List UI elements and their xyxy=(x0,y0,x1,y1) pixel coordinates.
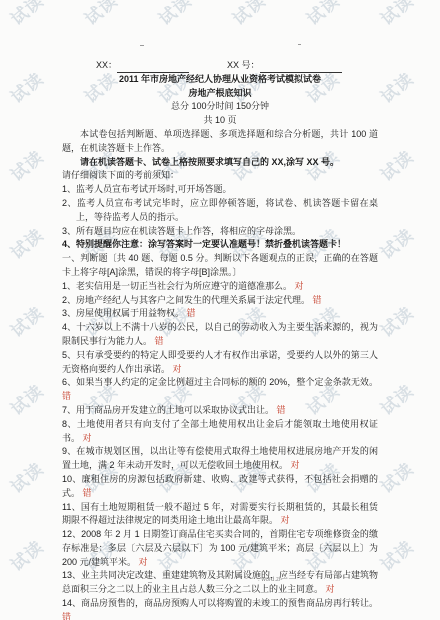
answer-label: 对 xyxy=(295,281,304,291)
question-item: 9、在城市规划区围，以出让等有偿使用式取得土地使用权进展房地产开发的闲置土地，满… xyxy=(62,445,378,473)
question-text: 8、土地使用者只有向支付了全部土地使用权出让金后才能领取土地使用权证书。 xyxy=(62,419,378,443)
subject-title: 房地产根底知识 xyxy=(62,87,378,101)
question-text: 5、只有承受要约的特定人即受要约人才有权作出承诺，受要约人以外的第三人无资格向要… xyxy=(62,350,378,374)
intro-paragraph: 本试卷包括判断题、单项选择题、多项选择题和综合分析题，共计 100 道题，在机读… xyxy=(62,128,378,156)
answer-label: 错 xyxy=(187,308,196,318)
question-text: 2、房地产经纪人与其客户之间发生的代理关系属于法定代理。 xyxy=(62,295,313,305)
notice-item: 1、监考人员宣布考试开场时,可开场答题。 xyxy=(62,183,378,197)
notice-item: 2、监考人员宣布考试完毕时，应立即停顿答题，将试卷、机读答题卡留在桌上，等待监考… xyxy=(62,197,378,225)
answer-label: 对 xyxy=(139,557,148,567)
answer-label: 错 xyxy=(62,612,71,620)
question-item: 12、2008 年 2 月 1 日期签订商品住宅买卖合同的，首期住宅专项维修资金… xyxy=(62,528,378,569)
document-content: XX： XX 号： 2011 年市房地产经纪人协理从业资格考试模拟试卷 房地产根… xyxy=(0,0,440,620)
question-item: 10、廉租住房的房源包括政府新建、收购、改建等式获得，不包括社会捐赠的式。 错 xyxy=(62,473,378,501)
section-heading: 一、判断题〔共 40 题、每题 0.5 分。判断以下各题观点的正误，正确的在答题… xyxy=(62,252,378,280)
question-text: 10、廉租住房的房源包括政府新建、收购、改建等式获得，不包括社会捐赠的式。 xyxy=(62,474,378,498)
footer-dash xyxy=(148,582,152,583)
answer-label: 错 xyxy=(62,391,71,401)
candidate-info-row: XX： XX 号： xyxy=(96,59,378,73)
notice-heading: 请仔细阅读下面的考前须知： xyxy=(62,169,378,183)
question-item: 11、国有土地短期租赁一般不超过 5 年，对需要实行长期租赁的，其最长租赁期限不… xyxy=(62,501,378,529)
answer-label: 对 xyxy=(281,515,290,525)
question-item: 4、十六岁以上不满十八岁的公民，以自己的劳动收入为主要生活来源的，视为限制民事行… xyxy=(62,321,378,349)
notice-item: 3、所有题目均应在机读答题卡上作答，将相应的字母涂黑。 xyxy=(62,225,378,239)
answer-label: 对 xyxy=(173,364,182,374)
question-text: 4、十六岁以上不满十八岁的公民，以自己的劳动收入为主要生活来源的，视为限制民事行… xyxy=(62,322,378,346)
answer-label: 对 xyxy=(291,460,300,470)
exam-number-blank-line xyxy=(260,63,342,73)
fill-instruction: 请在机读答题卡、试卷上格按照要求填写自己的 XX,涂写 XX 号。 xyxy=(62,156,378,170)
question-text: 14、商品房预售的，商品房预购人可以将购置的未竣工的预售商品房再行转让。 xyxy=(62,598,378,608)
page-footer: . word.zl- xyxy=(0,577,440,591)
answer-label: 错 xyxy=(155,336,164,346)
answer-label: 对 xyxy=(83,433,92,443)
question-item: 3、房屋使用权属于用益物权。 错 xyxy=(62,307,378,321)
score-time-line: 总分 100分时间 150分钟 xyxy=(62,100,378,114)
question-text: 9、在城市规划区围，以出让等有偿使用式取得土地使用权进展房地产开发的闲置土地，满… xyxy=(62,446,378,470)
question-text: 1、老实信用是一切正当社会行为所应遵守的道德准那么。 xyxy=(62,281,295,291)
question-item: 6、如果当事人约定的定金比例超过主合同标的额的 20%，整个定金条款无效。 错 xyxy=(62,376,378,404)
question-item: 7、用于商品房开发建立的土地可以采取协议式出让。 错 xyxy=(62,404,378,418)
question-item: 1、老实信用是一切正当社会行为所应遵守的道德准那么。 对 xyxy=(62,280,378,294)
name-blank-line xyxy=(117,63,189,73)
exam-number-field: XX 号： xyxy=(227,59,342,73)
question-text: 11、国有土地短期租赁一般不超过 5 年，对需要实行长期租赁的，其最长租赁期限不… xyxy=(62,502,378,526)
question-text: 7、用于商品房开发建立的土地可以采取协议式出让。 xyxy=(62,405,277,415)
exam-number-label: XX 号： xyxy=(227,59,260,73)
paper-title: 2011 年市房地产经纪人协理从业资格考试模拟试卷 xyxy=(62,73,378,87)
question-text: 12、2008 年 2 月 1 日期签订商品住宅买卖合同的，首期住宅专项维修资金… xyxy=(62,529,378,567)
question-item: 5、只有承受要约的特定人即受要约人才有权作出承诺，受要约人以外的第三人无资格向要… xyxy=(62,349,378,377)
page-count-line: 共 10 页 xyxy=(62,114,378,128)
notice-item: 4、特别提醒你注意：涂写答案时一定要认准题号！禁折叠机读答题卡！ xyxy=(62,238,378,252)
footer-text: . word.zl- xyxy=(258,577,282,583)
question-item: 8、土地使用者只有向支付了全部土地使用权出让金后才能领取土地使用权证书。 对 xyxy=(62,418,378,446)
document-page: 试读试读试读试读试读试读试读试读试读试读试读试读试读试读试读试读试读试读试读试读… xyxy=(0,0,440,620)
answer-label: 错 xyxy=(313,295,322,305)
answer-label: 错 xyxy=(277,405,286,415)
notice-list: 1、监考人员宣布考试开场时,可开场答题。2、监考人员宣布考试完毕时，应立即停顿答… xyxy=(62,183,378,252)
name-label: XX： xyxy=(96,59,117,73)
question-list: 1、老实信用是一切正当社会行为所应遵守的道德准那么。 对2、房地产经纪人与其客户… xyxy=(62,280,378,620)
question-item: 2、房地产经纪人与其客户之间发生的代理关系属于法定代理。 错 xyxy=(62,294,378,308)
question-item: 14、商品房预售的，商品房预购人可以将购置的未竣工的预售商品房再行转让。 错 xyxy=(62,597,378,620)
question-text: 3、房屋使用权属于用益物权。 xyxy=(62,308,187,318)
answer-label: 错 xyxy=(83,488,92,498)
name-field: XX： xyxy=(96,59,189,73)
question-text: 6、如果当事人约定的定金比例超过主合同标的额的 20%，整个定金条款无效。 xyxy=(62,377,378,387)
